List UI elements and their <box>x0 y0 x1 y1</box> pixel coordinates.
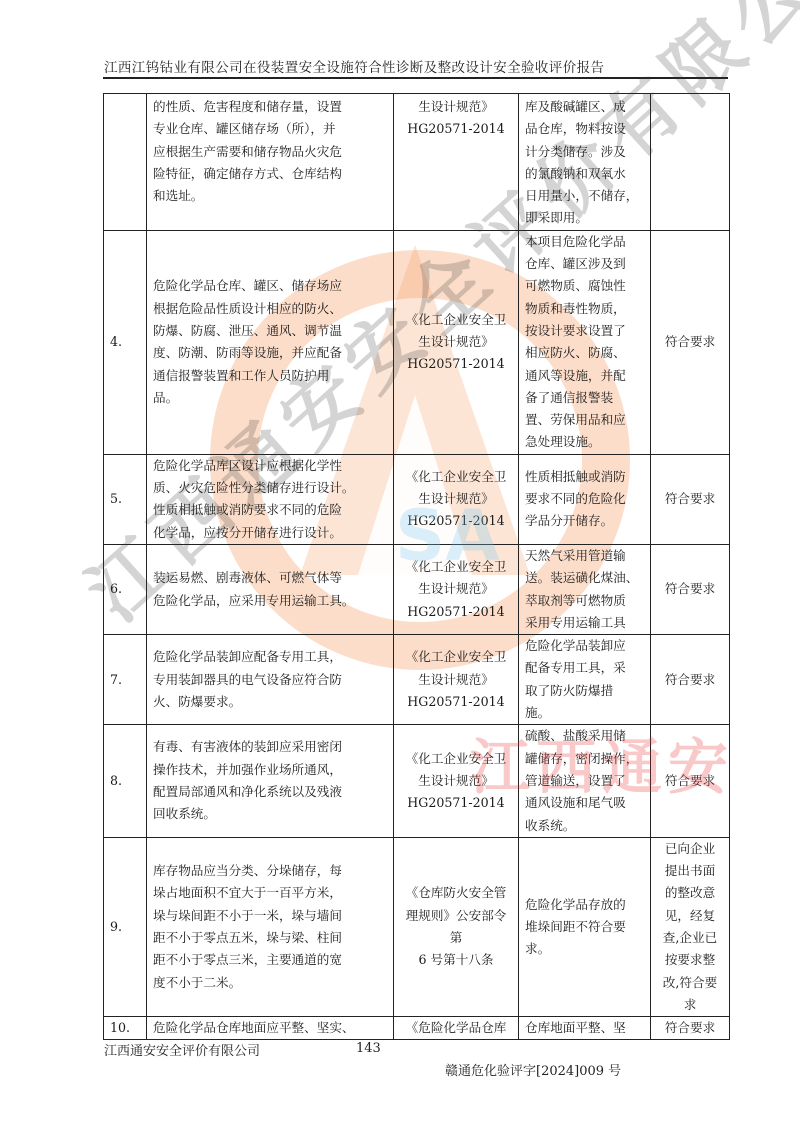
cell-no: 10. <box>104 1017 147 1040</box>
cell-result: 符合要求 <box>651 635 730 725</box>
table-row: 7. 危险化学品装卸应配备专用工具， 专用装卸器具的电气设备应符合防 火、防爆要… <box>104 635 730 725</box>
table-row: 10. 危险化学品仓库地面应平整、坚实、 《危险化学品仓库 仓库地面平整、坚 符… <box>104 1017 730 1040</box>
cell-requirement: 危险化学品库区设计应根据化学性 质、火灾危险性分类储存进行设计。 性质相抵触或消… <box>147 454 394 544</box>
cell-requirement: 危险化学品仓库、罐区、储存场应 根据危险品性质设计相应的防火、 防爆、防腐、泄压… <box>147 230 394 454</box>
cell-requirement: 危险化学品仓库地面应平整、坚实、 <box>147 1017 394 1040</box>
cell-result <box>651 94 730 231</box>
cell-no: 8. <box>104 725 147 837</box>
compliance-table: 的性质、危害程度和储存量，设置 专业仓库、罐区储存场（所），并 应根据生产需要和… <box>103 93 730 1040</box>
cell-no <box>104 94 147 231</box>
cell-actual: 硫酸、盐酸采用储 罐储存，密闭操作， 管道输送，设置了 通风设施和尾气吸 收系统… <box>519 725 651 837</box>
cell-basis: 生设计规范》 HG20571-2014 <box>394 94 519 231</box>
cell-actual: 危险化学品装卸应 配备专用工具，采 取了防火防爆措 施。 <box>519 635 651 725</box>
cell-basis: 《化工企业安全卫 生设计规范》 HG20571-2014 <box>394 544 519 634</box>
cell-no: 7. <box>104 635 147 725</box>
cell-result: 符合要求 <box>651 544 730 634</box>
cell-no: 5. <box>104 454 147 544</box>
page-header-title: 江西江钨钴业有限公司在役装置安全设施符合性诊断及整改设计安全验收评价报告 <box>104 56 604 76</box>
cell-actual: 性质相抵触或消防 要求不同的危险化 学品分开储存。 <box>519 454 651 544</box>
cell-requirement: 危险化学品装卸应配备专用工具， 专用装卸器具的电气设备应符合防 火、防爆要求。 <box>147 635 394 725</box>
page-number: 143 <box>356 1041 381 1056</box>
table-row: 4. 危险化学品仓库、罐区、储存场应 根据危险品性质设计相应的防火、 防爆、防腐… <box>104 230 730 454</box>
cell-basis: 《化工企业安全卫 生设计规范》 HG20571-2014 <box>394 725 519 837</box>
cell-requirement: 库存物品应当分类、分垛储存，每 垛占地面积不宜大于一百平方米， 垛与垛间距不小于… <box>147 837 394 1016</box>
cell-result: 符合要求 <box>651 1017 730 1040</box>
table-row: 8. 有毒、有害液体的装卸应采用密闭 操作技术，并加强作业场所通风， 配置局部通… <box>104 725 730 837</box>
cell-result: 已向企业 提出书面 的整改意 见，经复 查,企业已 按要求整 改,符合要 求 <box>651 837 730 1016</box>
header-divider <box>103 77 728 79</box>
cell-actual: 库及酸碱罐区、成 品仓库，物料按设 计分类储存。涉及 的氯酸钠和双氧水 日用量小… <box>519 94 651 231</box>
cell-requirement: 装运易燃、剧毒液体、可燃气体等 危险化学品，应采用专用运输工具。 <box>147 544 394 634</box>
cell-result: 符合要求 <box>651 454 730 544</box>
cell-basis: 《危险化学品仓库 <box>394 1017 519 1040</box>
cell-basis: 《仓库防火安全管 理规则》公安部令第 6 号第十八条 <box>394 837 519 1016</box>
cell-requirement: 的性质、危害程度和储存量，设置 专业仓库、罐区储存场（所），并 应根据生产需要和… <box>147 94 394 231</box>
cell-no: 6. <box>104 544 147 634</box>
cell-no: 9. <box>104 837 147 1016</box>
cell-basis: 《化工企业安全卫 生设计规范》 HG20571-2014 <box>394 635 519 725</box>
cell-result: 符合要求 <box>651 725 730 837</box>
table-row: 6. 装运易燃、剧毒液体、可燃气体等 危险化学品，应采用专用运输工具。 《化工企… <box>104 544 730 634</box>
footer-company: 江西通安安全评价有限公司 <box>104 1040 260 1059</box>
cell-actual: 天然气采用管道输 送。装运磺化煤油、 萃取剂等可燃物质 采用专用运输工具 <box>519 544 651 634</box>
cell-basis: 《化工企业安全卫 生设计规范》 HG20571-2014 <box>394 230 519 454</box>
cell-basis: 《化工企业安全卫 生设计规范》 HG20571-2014 <box>394 454 519 544</box>
table-row: 的性质、危害程度和储存量，设置 专业仓库、罐区储存场（所），并 应根据生产需要和… <box>104 94 730 231</box>
cell-result: 符合要求 <box>651 230 730 454</box>
report-code: 赣通危化验评字[2024]009 号 <box>445 1060 621 1079</box>
table-row: 5. 危险化学品库区设计应根据化学性 质、火灾危险性分类储存进行设计。 性质相抵… <box>104 454 730 544</box>
table-row: 9. 库存物品应当分类、分垛储存，每 垛占地面积不宜大于一百平方米， 垛与垛间距… <box>104 837 730 1016</box>
cell-requirement: 有毒、有害液体的装卸应采用密闭 操作技术，并加强作业场所通风， 配置局部通风和净… <box>147 725 394 837</box>
cell-no: 4. <box>104 230 147 454</box>
cell-actual: 仓库地面平整、坚 <box>519 1017 651 1040</box>
cell-actual: 危险化学品存放的 堆垛间距不符合要 求。 <box>519 837 651 1016</box>
cell-actual: 本项目危险化学品 仓库、罐区涉及到 可燃物质、腐蚀性 物质和毒性物质， 按设计要… <box>519 230 651 454</box>
